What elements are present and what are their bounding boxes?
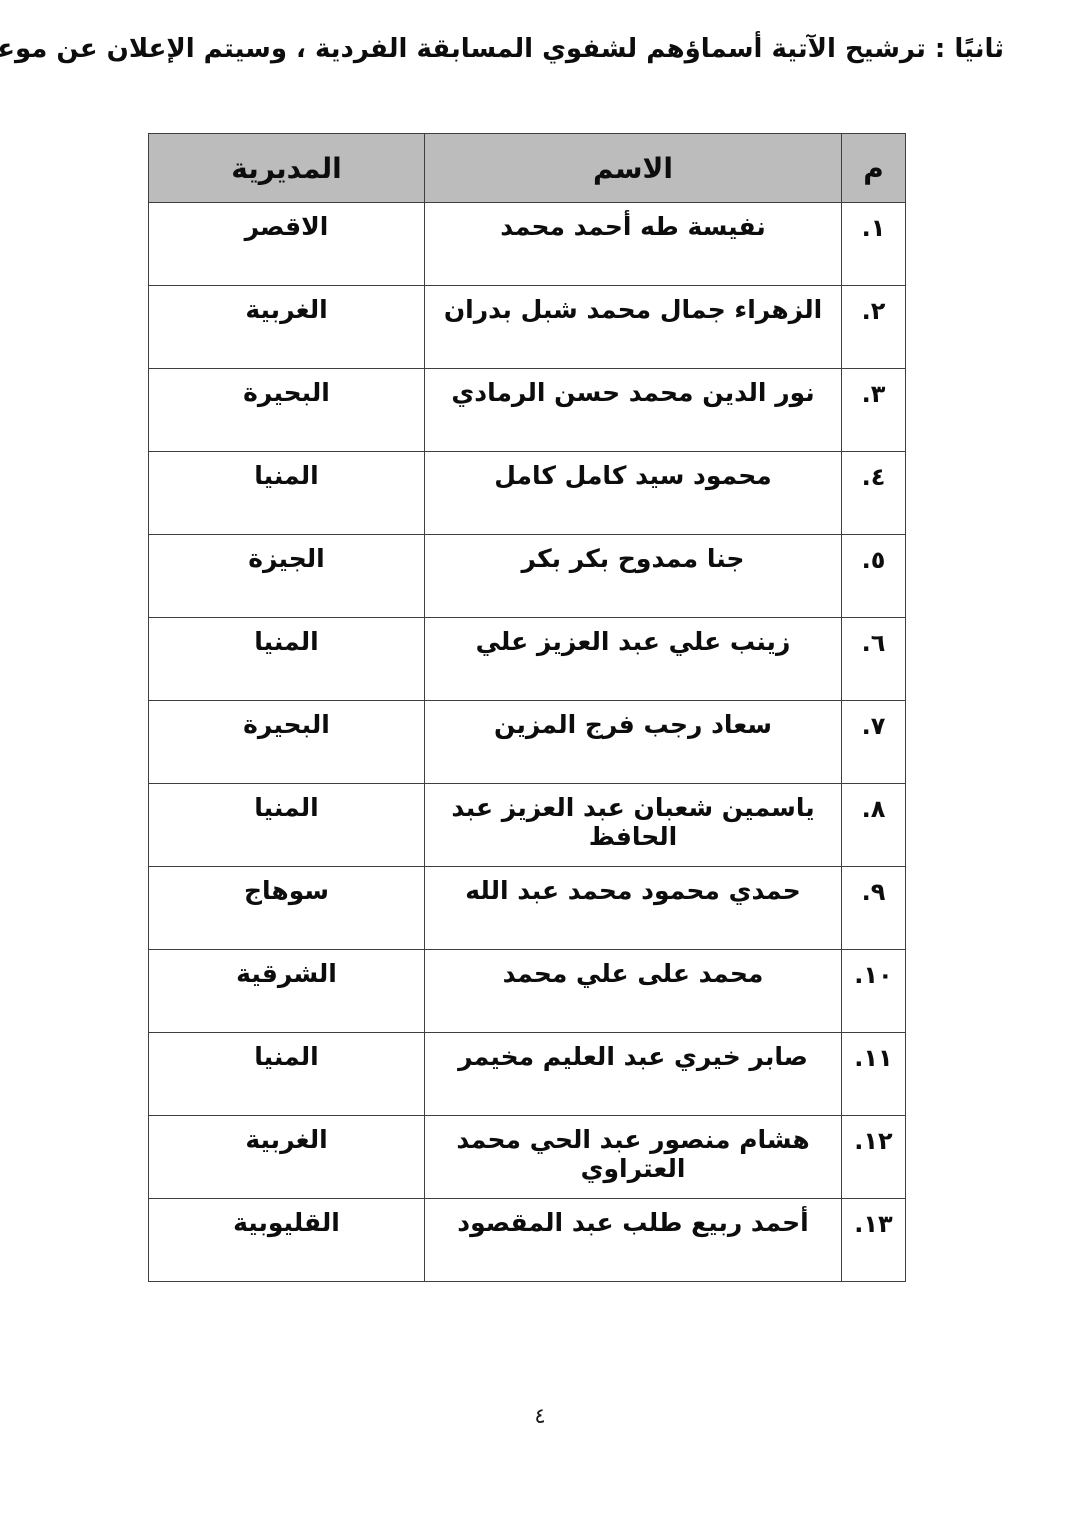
header-cell-directorate: المديرية [149, 134, 425, 203]
table-row: ١١. صابر خيري عبد العليم مخيمر المنيا [149, 1033, 906, 1116]
nominee-name: أحمد ربيع طلب عبد المقصود [425, 1199, 842, 1282]
table-row: ٦. زينب علي عبد العزيز علي المنيا [149, 618, 906, 701]
table-row: ٧. سعاد رجب فرج المزين البحيرة [149, 701, 906, 784]
document-page: ثانيًا : ترشيح الآتية أسماؤهم لشفوي المس… [0, 0, 1080, 1526]
nominee-name: الزهراء جمال محمد شبل بدران [425, 286, 842, 369]
table-row: ١. نفيسة طه أحمد محمد الاقصر [149, 203, 906, 286]
nominees-table: م الاسم المديرية ١. نفيسة طه أحمد محمد ا… [148, 133, 906, 1282]
row-number: ٨. [842, 784, 906, 867]
nominee-name: محمد على علي محمد [425, 950, 842, 1033]
nominee-directorate: البحيرة [149, 369, 425, 452]
nominee-directorate: القليوبية [149, 1199, 425, 1282]
page-number: ٤ [0, 1404, 1080, 1428]
nominee-name: صابر خيري عبد العليم مخيمر [425, 1033, 842, 1116]
nominee-directorate: المنيا [149, 618, 425, 701]
nominee-name: جنا ممدوح بكر بكر [425, 535, 842, 618]
row-number: ٩. [842, 867, 906, 950]
nominee-directorate: المنيا [149, 452, 425, 535]
nominee-directorate: الغربية [149, 286, 425, 369]
nominee-directorate: البحيرة [149, 701, 425, 784]
row-number: ٧. [842, 701, 906, 784]
nominee-name: نور الدين محمد حسن الرمادي [425, 369, 842, 452]
nominee-directorate: المنيا [149, 784, 425, 867]
row-number: ٢. [842, 286, 906, 369]
table-row: ١٢. هشام منصور عبد الحي محمد العتراوي ال… [149, 1116, 906, 1199]
table-row: ٩. حمدي محمود محمد عبد الله سوهاج [149, 867, 906, 950]
row-number: ٥. [842, 535, 906, 618]
nominee-directorate: سوهاج [149, 867, 425, 950]
table-row: ١٣. أحمد ربيع طلب عبد المقصود القليوبية [149, 1199, 906, 1282]
row-number: ١٣. [842, 1199, 906, 1282]
nominee-name: حمدي محمود محمد عبد الله [425, 867, 842, 950]
intro-text: ثانيًا : ترشيح الآتية أسماؤهم لشفوي المس… [30, 34, 1004, 64]
nominee-directorate: الاقصر [149, 203, 425, 286]
row-number: ١. [842, 203, 906, 286]
nominee-directorate: الشرقية [149, 950, 425, 1033]
nominee-directorate: الغربية [149, 1116, 425, 1199]
header-cell-number: م [842, 134, 906, 203]
row-number: ٤. [842, 452, 906, 535]
row-number: ١١. [842, 1033, 906, 1116]
header-cell-name: الاسم [425, 134, 842, 203]
row-number: ١٢. [842, 1116, 906, 1199]
nominee-directorate: المنيا [149, 1033, 425, 1116]
nominee-name: ياسمين شعبان عبد العزيز عبد الحافظ [425, 784, 842, 867]
nominee-name: محمود سيد كامل كامل [425, 452, 842, 535]
table-row: ٨. ياسمين شعبان عبد العزيز عبد الحافظ ال… [149, 784, 906, 867]
row-number: ١٠. [842, 950, 906, 1033]
nominee-directorate: الجيزة [149, 535, 425, 618]
nominee-name: زينب علي عبد العزيز علي [425, 618, 842, 701]
nominee-name: هشام منصور عبد الحي محمد العتراوي [425, 1116, 842, 1199]
table-row: ٤. محمود سيد كامل كامل المنيا [149, 452, 906, 535]
nominee-name: نفيسة طه أحمد محمد [425, 203, 842, 286]
table-row: ٥. جنا ممدوح بكر بكر الجيزة [149, 535, 906, 618]
row-number: ٦. [842, 618, 906, 701]
table-row: ٢. الزهراء جمال محمد شبل بدران الغربية [149, 286, 906, 369]
row-number: ٣. [842, 369, 906, 452]
table-row: ١٠. محمد على علي محمد الشرقية [149, 950, 906, 1033]
nominee-name: سعاد رجب فرج المزين [425, 701, 842, 784]
table-row: ٣. نور الدين محمد حسن الرمادي البحيرة [149, 369, 906, 452]
table-header-row: م الاسم المديرية [149, 134, 906, 203]
